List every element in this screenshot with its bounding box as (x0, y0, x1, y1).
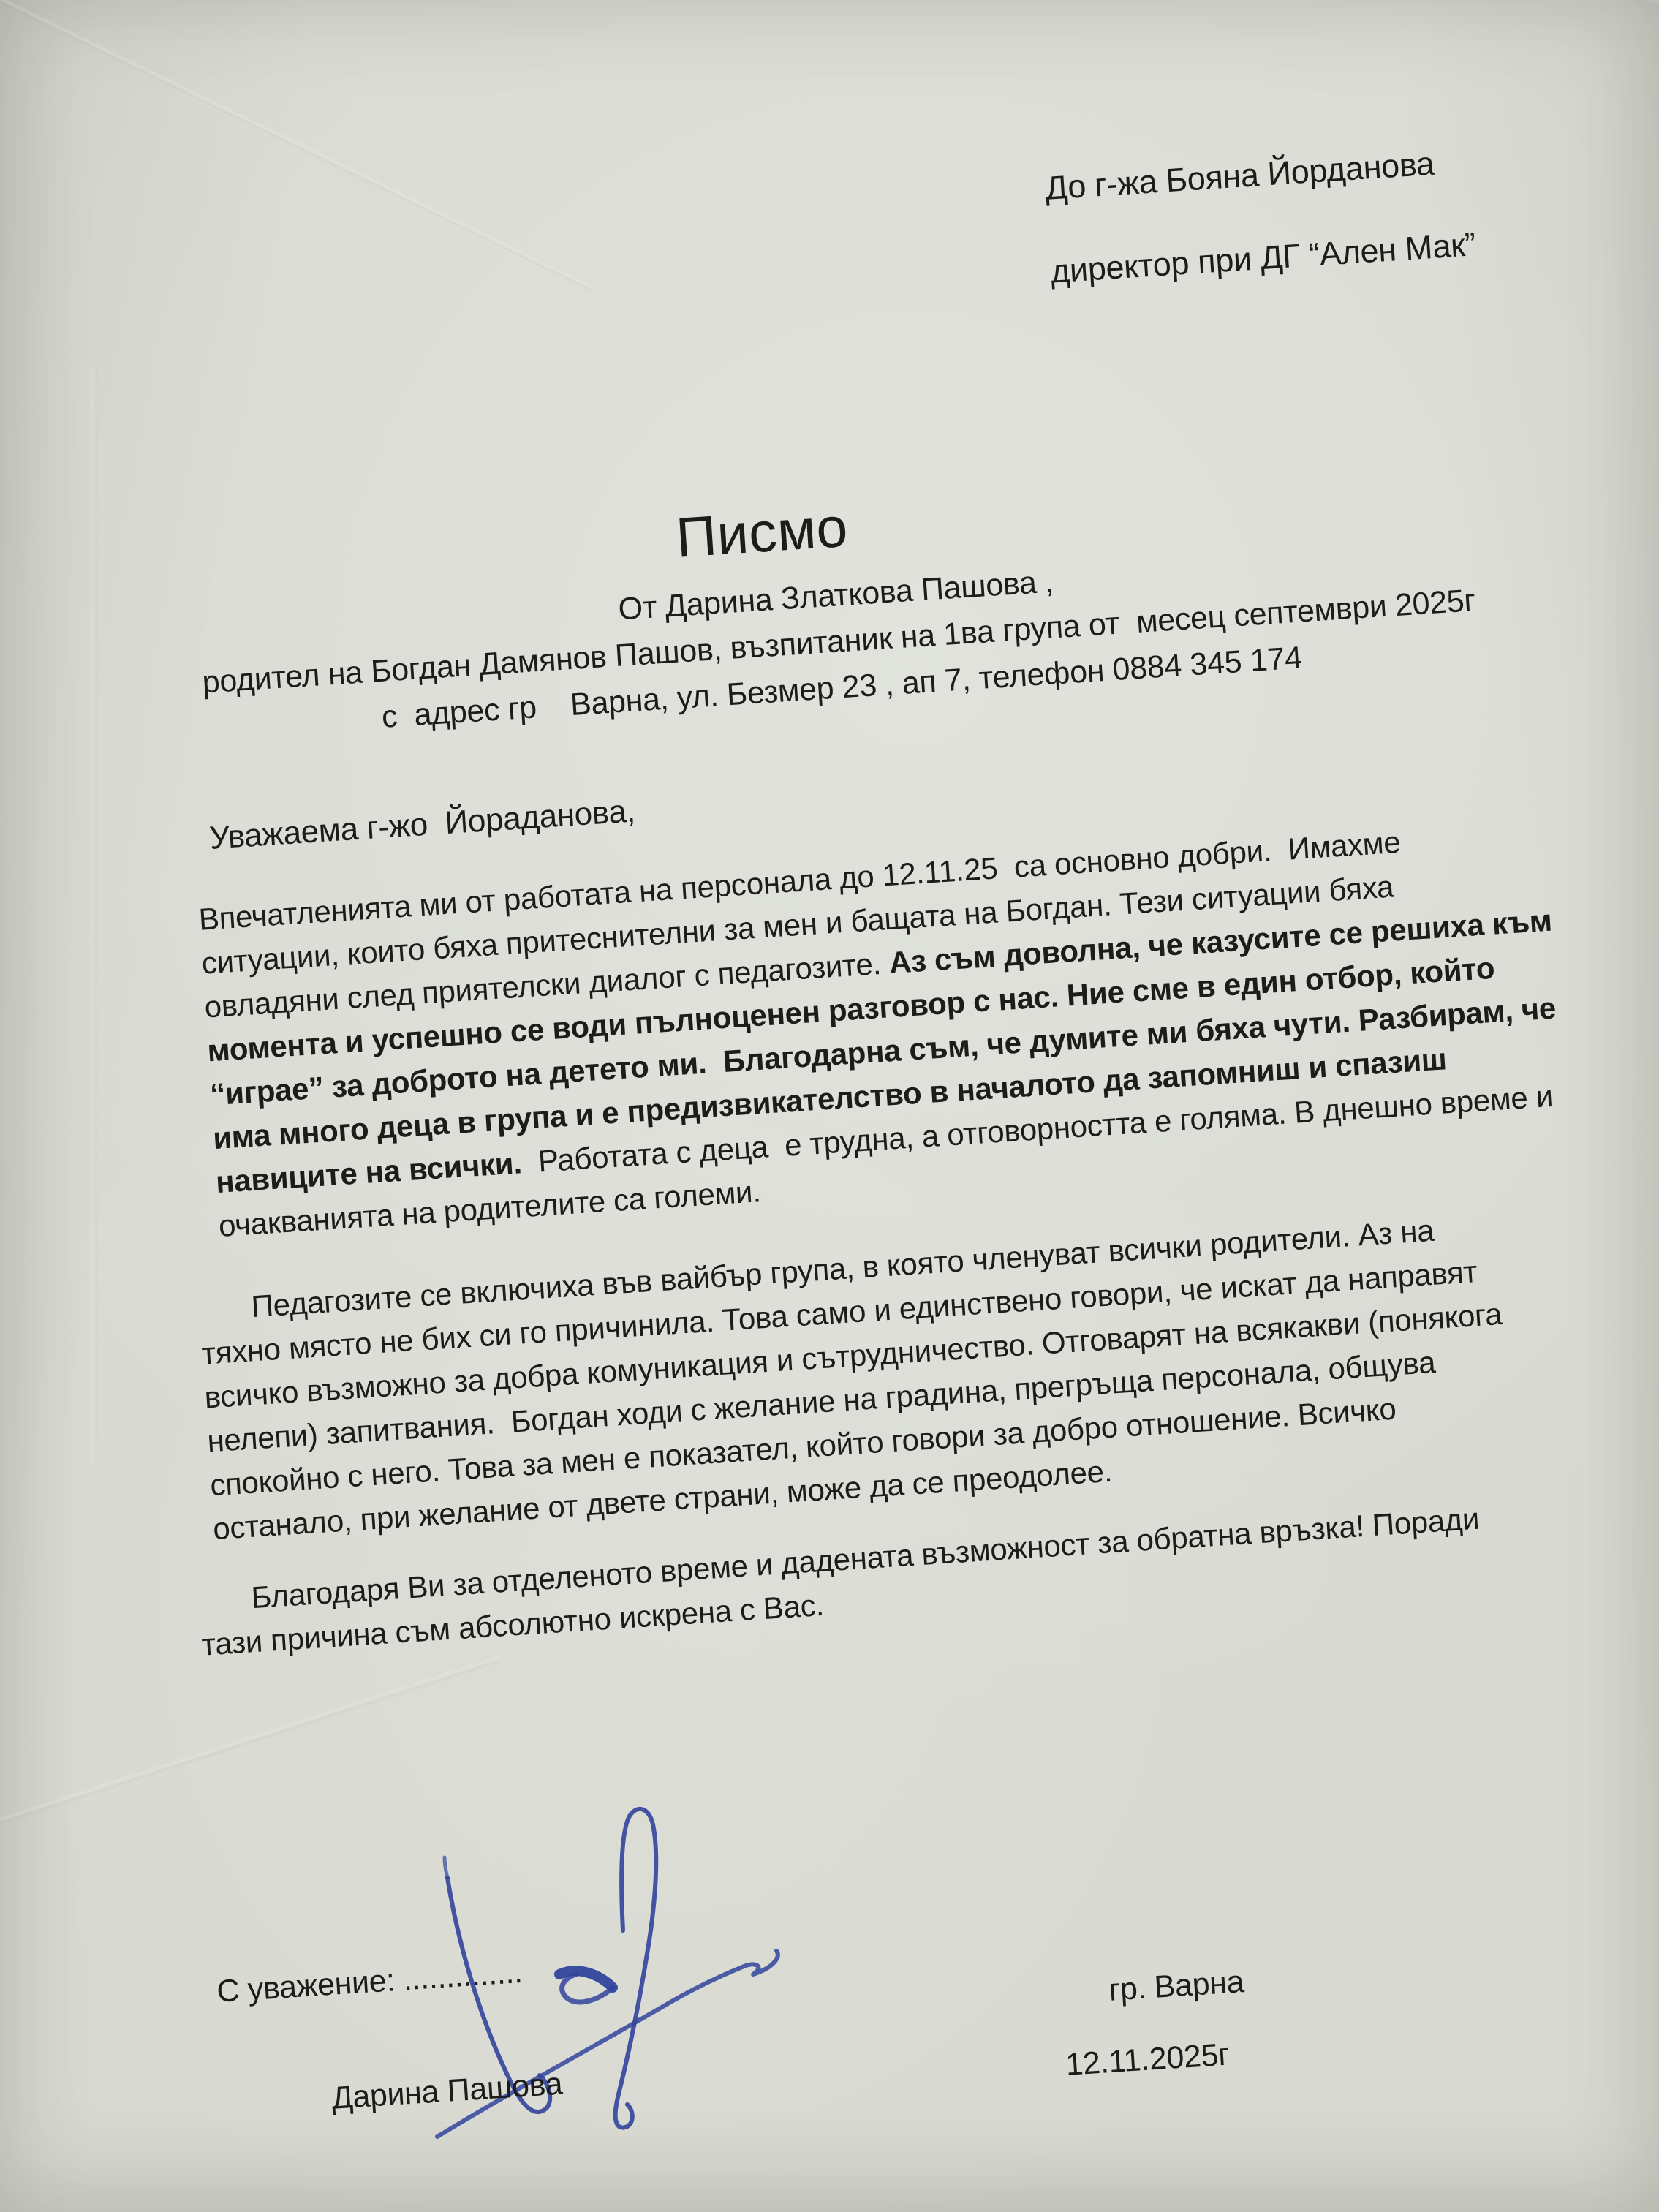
salutation-block: Уважаема г-жо Йораданова, (208, 793, 636, 857)
recipient-line-1: До г-жа Бояна Йорданова (1044, 142, 1471, 207)
paragraph-2: Педагозите се включиха във вайбър група,… (197, 1204, 1512, 1551)
closing-date: 12.11.2025г (1065, 2037, 1231, 2083)
letter-paper: До г-жа Бояна Йорданова директор при ДГ … (0, 0, 1659, 2212)
recipient-line-2: директор при ДГ “Ален Мак” (1049, 225, 1476, 290)
paper-crease (1106, 0, 1659, 29)
paper-crease (88, 366, 98, 1462)
sender-block: От Дарина Златкова Пашова , родител на Б… (196, 532, 1482, 752)
title-text: Писмо (674, 495, 850, 571)
paper-crease (0, 0, 594, 292)
paragraph-1: Впечатленията ми от работата на персонал… (197, 811, 1568, 1248)
recipient-block: До г-жа Бояна Йорданова директор при ДГ … (1044, 142, 1477, 290)
closing-city: гр. Варна (1108, 1964, 1245, 2009)
closing-city-block: гр. Варна (1108, 1964, 1245, 2009)
letter-title: Писмо (674, 495, 850, 571)
salutation-text: Уважаема г-жо Йораданова, (208, 793, 636, 857)
closing-date-block: 12.11.2025г (1065, 2037, 1231, 2083)
